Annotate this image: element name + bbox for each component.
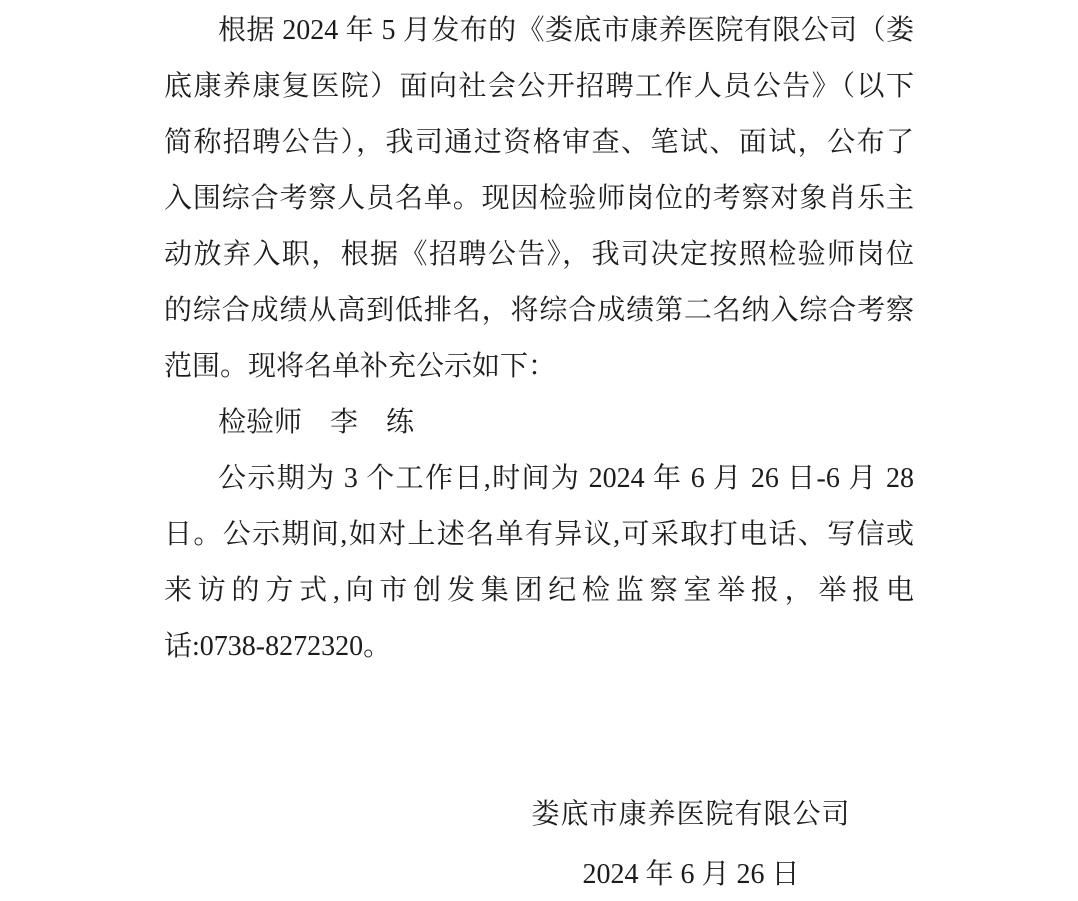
document-line: 来访的方式,向市创发集团纪检监察室举报，举报电 bbox=[164, 563, 914, 619]
document-line: 公示期为 3 个工作日,时间为 2024 年 6 月 26 日-6 月 28 bbox=[164, 451, 914, 507]
document-line: 的综合成绩从高到低排名，将综合成绩第二名纳入综合考察 bbox=[164, 283, 914, 339]
document-line: 底康养康复医院）面向社会公开招聘工作人员公告》（以下 bbox=[164, 59, 914, 115]
document-body: 根据 2024 年 5 月发布的《娄底市康养医院有限公司（娄 底康养康复医院）面… bbox=[164, 3, 914, 675]
document-page: 根据 2024 年 5 月发布的《娄底市康养医院有限公司（娄 底康养康复医院）面… bbox=[0, 0, 1078, 901]
document-line-candidate: 检验师 李 练 bbox=[164, 395, 914, 451]
document-line: 范围。现将名单补充公示如下： bbox=[164, 339, 914, 395]
document-line: 入围综合考察人员名单。现因检验师岗位的考察对象肖乐主 bbox=[164, 171, 914, 227]
document-line: 日。公示期间,如对上述名单有异议,可采取打电话、写信或 bbox=[164, 507, 914, 563]
document-line: 简称招聘公告），我司通过资格审查、笔试、面试，公布了 bbox=[164, 115, 914, 171]
signature-block: 娄底市康养医院有限公司 2024 年 6 月 26 日 bbox=[304, 787, 1078, 901]
document-line: 动放弃入职，根据《招聘公告》，我司决定按照检验师岗位 bbox=[164, 227, 914, 283]
signature-company: 娄底市康养医院有限公司 bbox=[304, 787, 1078, 843]
document-line: 根据 2024 年 5 月发布的《娄底市康养医院有限公司（娄 bbox=[164, 3, 914, 59]
document-line-phone: 话:0738-8272320。 bbox=[164, 619, 914, 675]
signature-date: 2024 年 6 月 26 日 bbox=[304, 847, 1078, 901]
